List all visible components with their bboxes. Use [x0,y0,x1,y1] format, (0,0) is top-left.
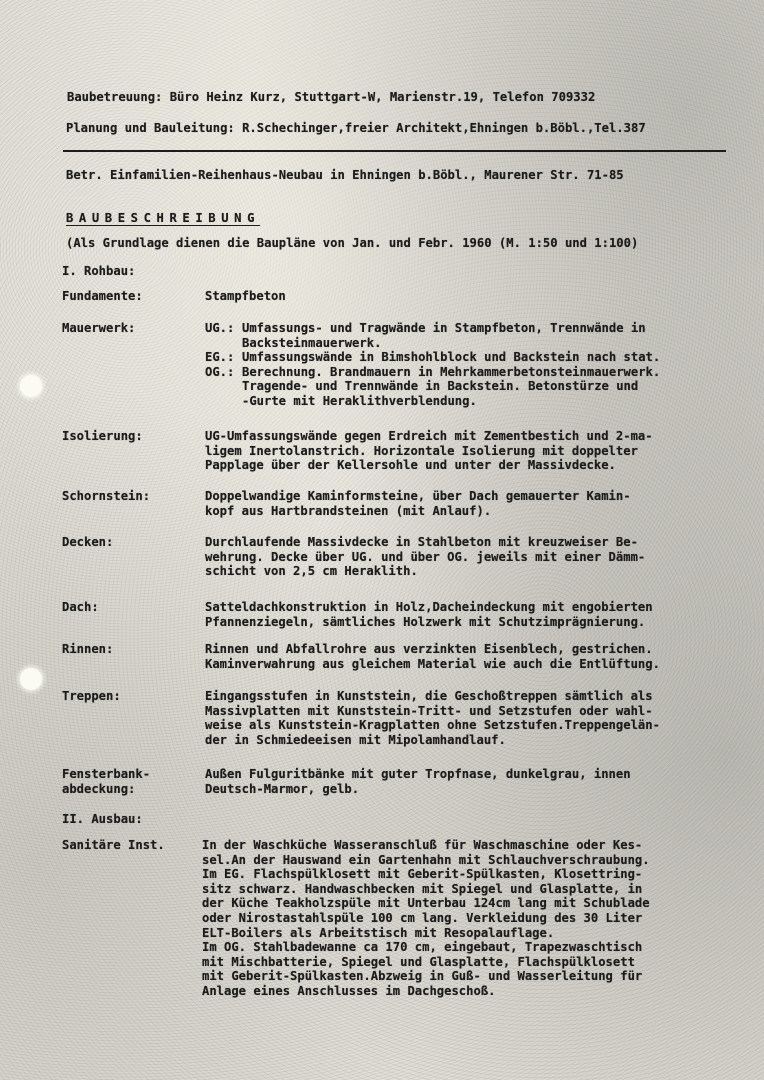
section-heading-rohbau: I. Rohbau: [62,264,135,279]
label-sanitaer: Sanitäre Inst. [62,838,165,853]
floor-label-og: OG.: [205,365,242,380]
text-line: Im EG. Flachspülklosett mit Geberit-Spül… [202,867,650,882]
punch-hole-bottom [20,668,42,690]
text-line: Eingangsstufen in Kunststein, die Gescho… [205,689,660,704]
mauerwerk-eg-line-1: EG.:Umfassungswände in Bimshohlblock und… [205,350,660,365]
text-sanitaer: In der Waschküche Wasseranschluß für Was… [202,838,650,999]
text-line: Backsteinmauerwerk. [242,336,381,351]
text-line: der Küche Teakholzspüle mit Unterbau 124… [202,896,650,911]
label-fensterbank-2: abdeckung: [62,782,135,797]
header-baubetreuung: Baubetreuung: Büro Heinz Kurz, Stuttgart… [67,90,595,105]
text-isolierung: UG-Umfassungswände gegen Erdreich mit Ze… [205,429,653,473]
text-fundamente: Stampfbeton [205,289,286,304]
text-line: Pfannenziegeln, sämtliches Holzwerk mit … [205,615,653,630]
text-line: Tragende- und Trennwände in Backstein. B… [242,379,638,394]
text-line: Massivplatten mit Kunststein-Tritt- und … [205,704,660,719]
label-fensterbank-1: Fensterbank- [62,767,150,782]
text-line: UG-Umfassungswände gegen Erdreich mit Ze… [205,429,653,444]
text-line: schicht von 2,5 cm Heraklith. [205,564,645,579]
label-isolierung: Isolierung: [62,429,143,444]
mauerwerk-og-line-3: -Gurte mit Heraklithverblendung. [205,394,660,409]
document-title: BAUBESCHREIBUNG [66,211,260,225]
text-line: Doppelwandige Kaminformsteine, über Dach… [205,489,631,504]
text-mauerwerk: UG.:Umfassungs- und Tragwände in Stampfb… [205,321,660,409]
floor-label-ug: UG.: [205,321,242,336]
text-line: Umfassungs- und Tragwände in Stampfbeton… [242,321,646,336]
text-line: In der Waschküche Wasseranschluß für Was… [202,838,650,853]
text-fensterbank: Außen Fulguritbänke mit guter Tropfnase,… [205,767,631,796]
text-line: Im OG. Stahlbadewanne ca 170 cm, eingeba… [202,940,650,955]
section-heading-ausbau: II. Ausbau: [62,812,143,827]
text-line: -Gurte mit Heraklithverblendung. [242,394,477,409]
mauerwerk-og-line-2: Tragende- und Trennwände in Backstein. B… [205,379,660,394]
text-line: sel.An der Hauswand ein Gartenhahn mit S… [202,853,650,868]
text-line: wehrung. Decke über UG. und über OG. jew… [205,550,645,565]
text-line: mit Mischbatterie, Spiegel und Glasplatt… [202,955,650,970]
label-rinnen: Rinnen: [62,642,113,657]
floor-spacer [205,379,242,394]
header-divider [63,150,726,152]
floor-spacer [205,336,242,351]
label-treppen: Treppen: [62,689,121,704]
text-line: Papplage über der Kellersohle und unter … [205,458,653,473]
punch-hole-top [20,375,42,397]
document-subtitle: (Als Grundlage dienen die Baupläne von J… [66,236,638,251]
text-line: Berechnung. Brandmauern in Mehrkammerbet… [242,365,660,380]
text-line: oder Nirostastahlspüle 100 cm lang. Verk… [202,911,650,926]
header-betreff: Betr. Einfamilien-Reihenhaus-Neubau in E… [66,168,624,183]
text-line: Anlage eines Anschlusses im Dachgeschoß. [202,984,650,999]
text-line: Satteldachkonstruktion in Holz,Dacheinde… [205,600,653,615]
text-line: der in Schmiedeeisen mit Mipolamhandlauf… [205,733,660,748]
text-line: Rinnen und Abfallrohre aus verzinkten Ei… [205,642,660,657]
text-line: Stampfbeton [205,289,286,304]
header-planung: Planung und Bauleitung: R.Schechinger,fr… [66,121,646,136]
text-line: weise als Kunststein-Kragplatten ohne Se… [205,718,660,733]
label-mauerwerk: Mauerwerk: [62,321,135,336]
text-line: ELT-Boilers als Arbeitstisch mit Resopal… [202,926,650,941]
label-decken: Decken: [62,535,113,550]
text-dach: Satteldachkonstruktion in Holz,Dacheinde… [205,600,653,629]
text-schornstein: Doppelwandige Kaminformsteine, über Dach… [205,489,631,518]
text-line: Kaminverwahrung aus gleichem Material wi… [205,657,660,672]
text-line: ligem Inertolanstrich. Horizontale Isoli… [205,444,653,459]
document-page: Baubetreuung: Büro Heinz Kurz, Stuttgart… [0,0,764,1080]
mauerwerk-og-line-1: OG.:Berechnung. Brandmauern in Mehrkamme… [205,365,660,380]
text-line: Deutsch-Marmor, gelb. [205,782,631,797]
floor-label-eg: EG.: [205,350,242,365]
text-rinnen: Rinnen und Abfallrohre aus verzinkten Ei… [205,642,660,671]
text-line: Durchlaufende Massivdecke in Stahlbeton … [205,535,645,550]
text-line: kopf aus Hartbrandsteinen (mit Anlauf). [205,504,631,519]
label-dach: Dach: [62,600,99,615]
label-fundamente: Fundamente: [62,289,143,304]
text-decken: Durchlaufende Massivdecke in Stahlbeton … [205,535,645,579]
text-line: mit Geberit-Spülkasten.Abzweig in Guß- u… [202,969,650,984]
text-line: Außen Fulguritbänke mit guter Tropfnase,… [205,767,631,782]
label-schornstein: Schornstein: [62,489,150,504]
text-treppen: Eingangsstufen in Kunststein, die Gescho… [205,689,660,747]
text-line: sitz schwarz. Handwaschbecken mit Spiege… [202,882,650,897]
text-line: Umfassungswände in Bimshohlblock und Bac… [242,350,660,365]
mauerwerk-ug-line-1: UG.:Umfassungs- und Tragwände in Stampfb… [205,321,660,336]
mauerwerk-ug-line-2: Backsteinmauerwerk. [205,336,660,351]
floor-spacer [205,394,242,409]
